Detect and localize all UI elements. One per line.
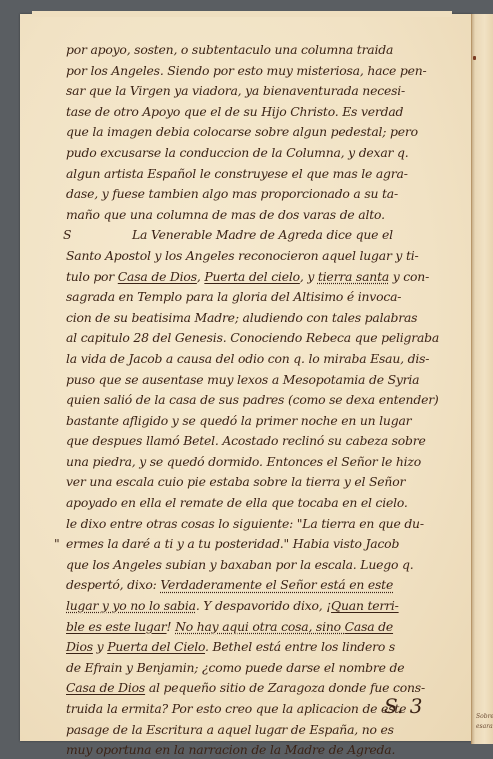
line-text: . Bethel está entre los lindero s xyxy=(205,639,395,654)
underlined-phrase: Casa de Dios xyxy=(66,680,145,695)
line-text: que los Angeles subian y baxaban por la … xyxy=(66,557,413,572)
line-text: pasage de la Escritura a aquel lugar de … xyxy=(66,722,394,737)
line-text: dase, y fuese tambien algo mas proporcio… xyxy=(66,186,398,201)
manuscript-line: apoyado en ella el remate de ella que to… xyxy=(66,493,466,514)
line-text: . Y despavorido dixo, ¡ xyxy=(196,598,331,613)
line-text: , y xyxy=(300,269,318,284)
line-text: truida la ermita? Por esto creo que la a… xyxy=(66,701,406,716)
underlined-phrase: Puerta del cielo xyxy=(204,269,300,284)
manuscript-line: que la imagen debia colocarse sobre algu… xyxy=(66,122,466,143)
manuscript-line: tulo por Casa de Dios, Puerta del cielo,… xyxy=(66,267,466,288)
underlined-phrase: lugar y yo no lo sabia xyxy=(66,598,196,613)
paragraph-marker: S xyxy=(63,225,71,246)
manuscript-line: lugar y yo no lo sabia. Y despavorido di… xyxy=(66,596,466,617)
line-text: tulo por xyxy=(66,269,118,284)
paper-speck xyxy=(473,56,476,60)
manuscript-line: la vida de Jacob a causa del odio con q.… xyxy=(66,349,466,370)
manuscript-line: puso que se ausentase muy lexos a Mesopo… xyxy=(66,370,466,391)
line-text: puso que se ausentase muy lexos a Mesopo… xyxy=(66,372,419,387)
paper-speck xyxy=(280,727,282,729)
underlined-phrase: Verdaderamente el Señor está en este xyxy=(160,577,393,592)
manuscript-line: de Efrain y Benjamin; ¿como puede darse … xyxy=(66,658,466,679)
underlined-phrase: Dios xyxy=(66,639,93,654)
line-text: al pequeño sitio de Zaragoza donde fue c… xyxy=(145,680,425,695)
line-text: sar que la Virgen ya viadora, ya bienave… xyxy=(66,83,405,98)
manuscript-line: le dixo entre otras cosas lo siguiente: … xyxy=(66,514,466,535)
manuscript-line: que los Angeles subian y baxaban por la … xyxy=(66,555,466,576)
underlined-phrase: Casa de xyxy=(345,619,393,634)
manuscript-text: por apoyo, sosten, o subtentaculo una co… xyxy=(66,40,466,759)
underlined-phrase: No hay aqui otra cosa, sino xyxy=(175,619,345,634)
line-text: y con- xyxy=(389,269,429,284)
manuscript-line: sar que la Virgen ya viadora, ya bienave… xyxy=(66,81,466,102)
line-text: maño que una columna de mas de dos varas… xyxy=(66,207,385,222)
underlined-phrase: Quan terri- xyxy=(331,598,399,613)
line-text: que la imagen debia colocarse sobre algu… xyxy=(66,124,418,139)
line-text: cion de su beatisima Madre; aludiendo co… xyxy=(66,310,417,325)
manuscript-line: sagrada en Templo para la gloria del Alt… xyxy=(66,287,466,308)
underlined-phrase: Casa de Dios xyxy=(118,269,197,284)
manuscript-line: por apoyo, sosten, o subtentaculo una co… xyxy=(66,40,466,61)
manuscript-line: ble es este lugar! No hay aqui otra cosa… xyxy=(66,617,466,638)
manuscript-line: despertó, dixo: Verdaderamente el Señor … xyxy=(66,575,466,596)
line-text: La Venerable Madre de Agreda dice que el xyxy=(132,225,393,246)
manuscript-line: bastante afligido y se quedó la primer n… xyxy=(66,411,466,432)
paper-speck xyxy=(68,88,70,90)
line-text: ver una escala cuio pie estaba sobre la … xyxy=(66,474,405,489)
manuscript-line: muy oportuna en la narracion de la Madre… xyxy=(66,740,466,759)
underlined-phrase: Puerta del Cielo xyxy=(107,639,205,654)
manuscript-line: pudo excusarse la conduccion de la Colum… xyxy=(66,143,466,164)
manuscript-line: SLa Venerable Madre de Agreda dice que e… xyxy=(66,225,466,246)
manuscript-line: Santo Apostol y los Angeles reconocieron… xyxy=(66,246,466,267)
manuscript-line: pasage de la Escritura a aquel lugar de … xyxy=(66,720,466,741)
line-text: bastante afligido y se quedó la primer n… xyxy=(66,413,411,428)
line-text: de Efrain y Benjamin; ¿como puede darse … xyxy=(66,660,404,675)
line-text: pudo excusarse la conduccion de la Colum… xyxy=(66,145,408,160)
line-text: apoyado en ella el remate de ella que to… xyxy=(66,495,408,510)
line-text: quien salió de la casa de sus padres (co… xyxy=(66,392,439,407)
line-text: una piedra, y se quedó dormido. Entonces… xyxy=(66,454,421,469)
line-text: por apoyo, sosten, o subtentaculo una co… xyxy=(66,42,393,57)
line-text: ermes la daré a ti y a tu posteridad." H… xyxy=(66,536,399,551)
manuscript-line: "ermes la daré a ti y a tu posteridad." … xyxy=(66,534,466,555)
line-text: que despues llamó Betel. Acostado reclin… xyxy=(66,433,426,448)
manuscript-line: ver una escala cuio pie estaba sobre la … xyxy=(66,472,466,493)
underlined-phrase: tierra santa xyxy=(318,269,389,284)
line-text: le dixo entre otras cosas lo siguiente: … xyxy=(66,516,424,531)
line-text: despertó, dixo: xyxy=(66,577,160,592)
manuscript-line: cion de su beatisima Madre; aludiendo co… xyxy=(66,308,466,329)
manuscript-line: al capitulo 28 del Genesis. Conociendo R… xyxy=(66,328,466,349)
facing-page-edge xyxy=(472,14,493,744)
page-edge-top xyxy=(32,11,452,17)
line-text: al capitulo 28 del Genesis. Conociendo R… xyxy=(66,330,439,345)
line-text: sagrada en Templo para la gloria del Alt… xyxy=(66,289,401,304)
line-text: Santo Apostol y los Angeles reconocieron… xyxy=(66,248,418,263)
manuscript-line: por los Angeles. Siendo por esto muy mis… xyxy=(66,61,466,82)
facing-page-fragment: Sobre esara xyxy=(476,712,493,732)
line-text: algun artista Español le construyese el … xyxy=(66,166,408,181)
line-text: muy oportuna en la narracion de la Madre… xyxy=(66,742,395,757)
manuscript-line: maño que una columna de mas de dos varas… xyxy=(66,205,466,226)
manuscript-line: dase, y fuese tambien algo mas proporcio… xyxy=(66,184,466,205)
underlined-phrase: ble es este lugar xyxy=(66,619,167,634)
line-text: y xyxy=(93,639,107,654)
manuscript-line: que despues llamó Betel. Acostado reclin… xyxy=(66,431,466,452)
page-signature: S. 3 xyxy=(384,694,422,718)
manuscript-line: algun artista Español le construyese el … xyxy=(66,164,466,185)
manuscript-line: Dios y Puerta del Cielo. Bethel está ent… xyxy=(66,637,466,658)
manuscript-line: quien salió de la casa de sus padres (co… xyxy=(66,390,466,411)
manuscript-line: una piedra, y se quedó dormido. Entonces… xyxy=(66,452,466,473)
quote-marker: " xyxy=(54,534,60,555)
line-text: tase de otro Apoyo que el de su Hijo Chr… xyxy=(66,104,403,119)
line-text: por los Angeles. Siendo por esto muy mis… xyxy=(66,63,427,78)
line-text: ! xyxy=(167,619,176,634)
manuscript-line: tase de otro Apoyo que el de su Hijo Chr… xyxy=(66,102,466,123)
line-text: la vida de Jacob a causa del odio con q.… xyxy=(66,351,429,366)
